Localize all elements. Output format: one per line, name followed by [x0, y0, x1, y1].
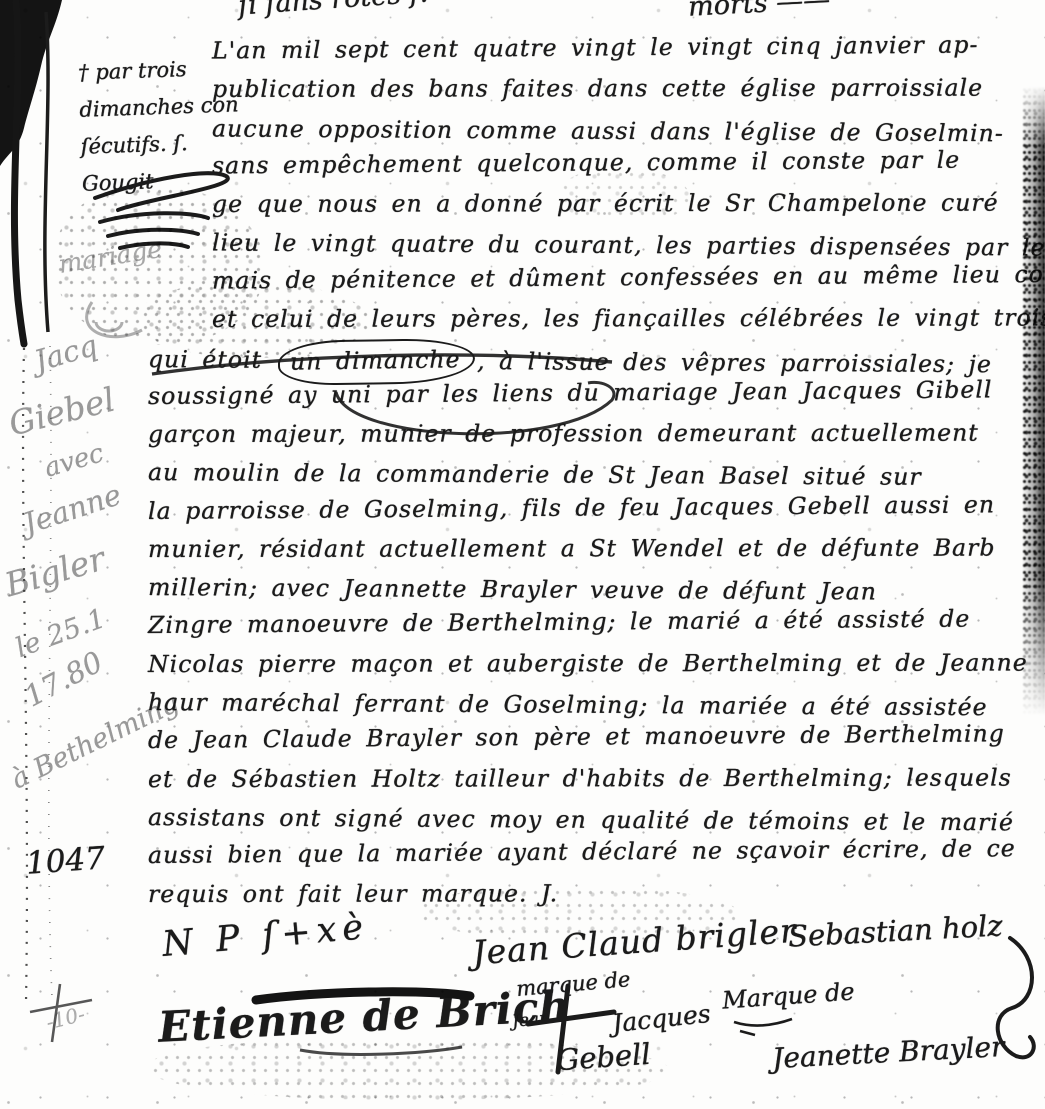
manuscript-line: publication des bans faites dans cette é…	[148, 69, 1040, 109]
pencil-swirl	[87, 302, 142, 337]
manuscript-line: et celui de leurs pères, les fiançailles…	[148, 299, 1040, 339]
binding-stroke-2	[45, 12, 48, 332]
manuscript-line: et de Sébastien Holtz tailleur d'habits …	[148, 758, 1040, 798]
etienne-underline	[300, 1047, 462, 1054]
manuscript-line: de Jean Claude Brayler son père et manoe…	[148, 714, 1040, 759]
pencil-note-name: Jacq	[31, 328, 102, 378]
manuscript-body: L'an mil sept cent quatre vingt le vingt…	[148, 32, 1040, 913]
scanned-parish-register-page: { "page": { "record_number": "1047", "in…	[0, 0, 1045, 1109]
signature-etienne-de-brich: Etienne de Brich	[157, 981, 572, 1052]
pencil-note-surname: Giebel	[5, 380, 119, 444]
manuscript-line: mais de pénitence et dûment confessées e…	[148, 255, 1040, 300]
manuscript-line: soussigné ay uni par les liens du mariag…	[148, 370, 1040, 415]
line9-prefix: qui étoit	[148, 345, 276, 374]
pencil-note-bride-surname: Bigler	[1, 539, 110, 605]
binding-dotted-1	[23, 348, 27, 1002]
manuscript-line: requis ont fait leur marque. J.	[148, 873, 1040, 913]
scan-right-edge-band	[1022, 86, 1045, 716]
edge-pencil-fragment: -10-	[44, 1002, 88, 1035]
groom-mark-last-name: Jacques	[611, 999, 712, 1038]
bride-mark-name: Jeanette Brayler	[771, 1030, 1005, 1075]
groom-mark-surname: Gebell	[555, 1037, 652, 1078]
top-cutoff-fragment-left: ſi ſans rotes ſ.	[237, 0, 429, 22]
manuscript-line: sans empêchement quelconque, comme il co…	[148, 140, 1040, 185]
manuscript-line: la parroisse de Goselming, fils de feu J…	[148, 485, 1040, 530]
manuscript-line: aussi bien que la mariée ayant déclaré n…	[148, 829, 1040, 874]
groom-mark-first-name: Jean	[511, 1008, 551, 1032]
label-marque-de-bride: Marque de	[721, 977, 855, 1014]
binding-stroke-1	[14, 2, 24, 344]
signature-witness-scrawl: N P ſ+xè	[161, 907, 371, 965]
signature-jean-claude-brigler: Jean Claud brigler	[471, 911, 798, 973]
signature-sebastian-holz: Sebastian holz	[787, 908, 1003, 953]
manuscript-line: Zingre manoeuvre de Berthelming; le mari…	[148, 599, 1040, 644]
binding-smudge	[0, 0, 62, 166]
manuscript-line: ge que nous en a donné par écrit le Sr C…	[148, 184, 1040, 224]
manuscript-line: munier, résidant actuellement a St Wende…	[148, 528, 1040, 568]
bride-marque-underline	[734, 1019, 792, 1035]
manuscript-line: Nicolas pierre maçon et aubergiste de Be…	[148, 643, 1040, 683]
pencil-note-bride-first: Jeanne	[19, 477, 125, 540]
manuscript-line: garçon majeur, munier de profession deme…	[148, 413, 1040, 453]
record-number: 1047	[25, 840, 106, 881]
pencil-note-avec: avec	[41, 438, 107, 483]
top-cutoff-fragment-right: morts ——	[687, 0, 830, 23]
manuscript-line: L'an mil sept cent quatre vingt le vingt…	[148, 25, 1040, 70]
